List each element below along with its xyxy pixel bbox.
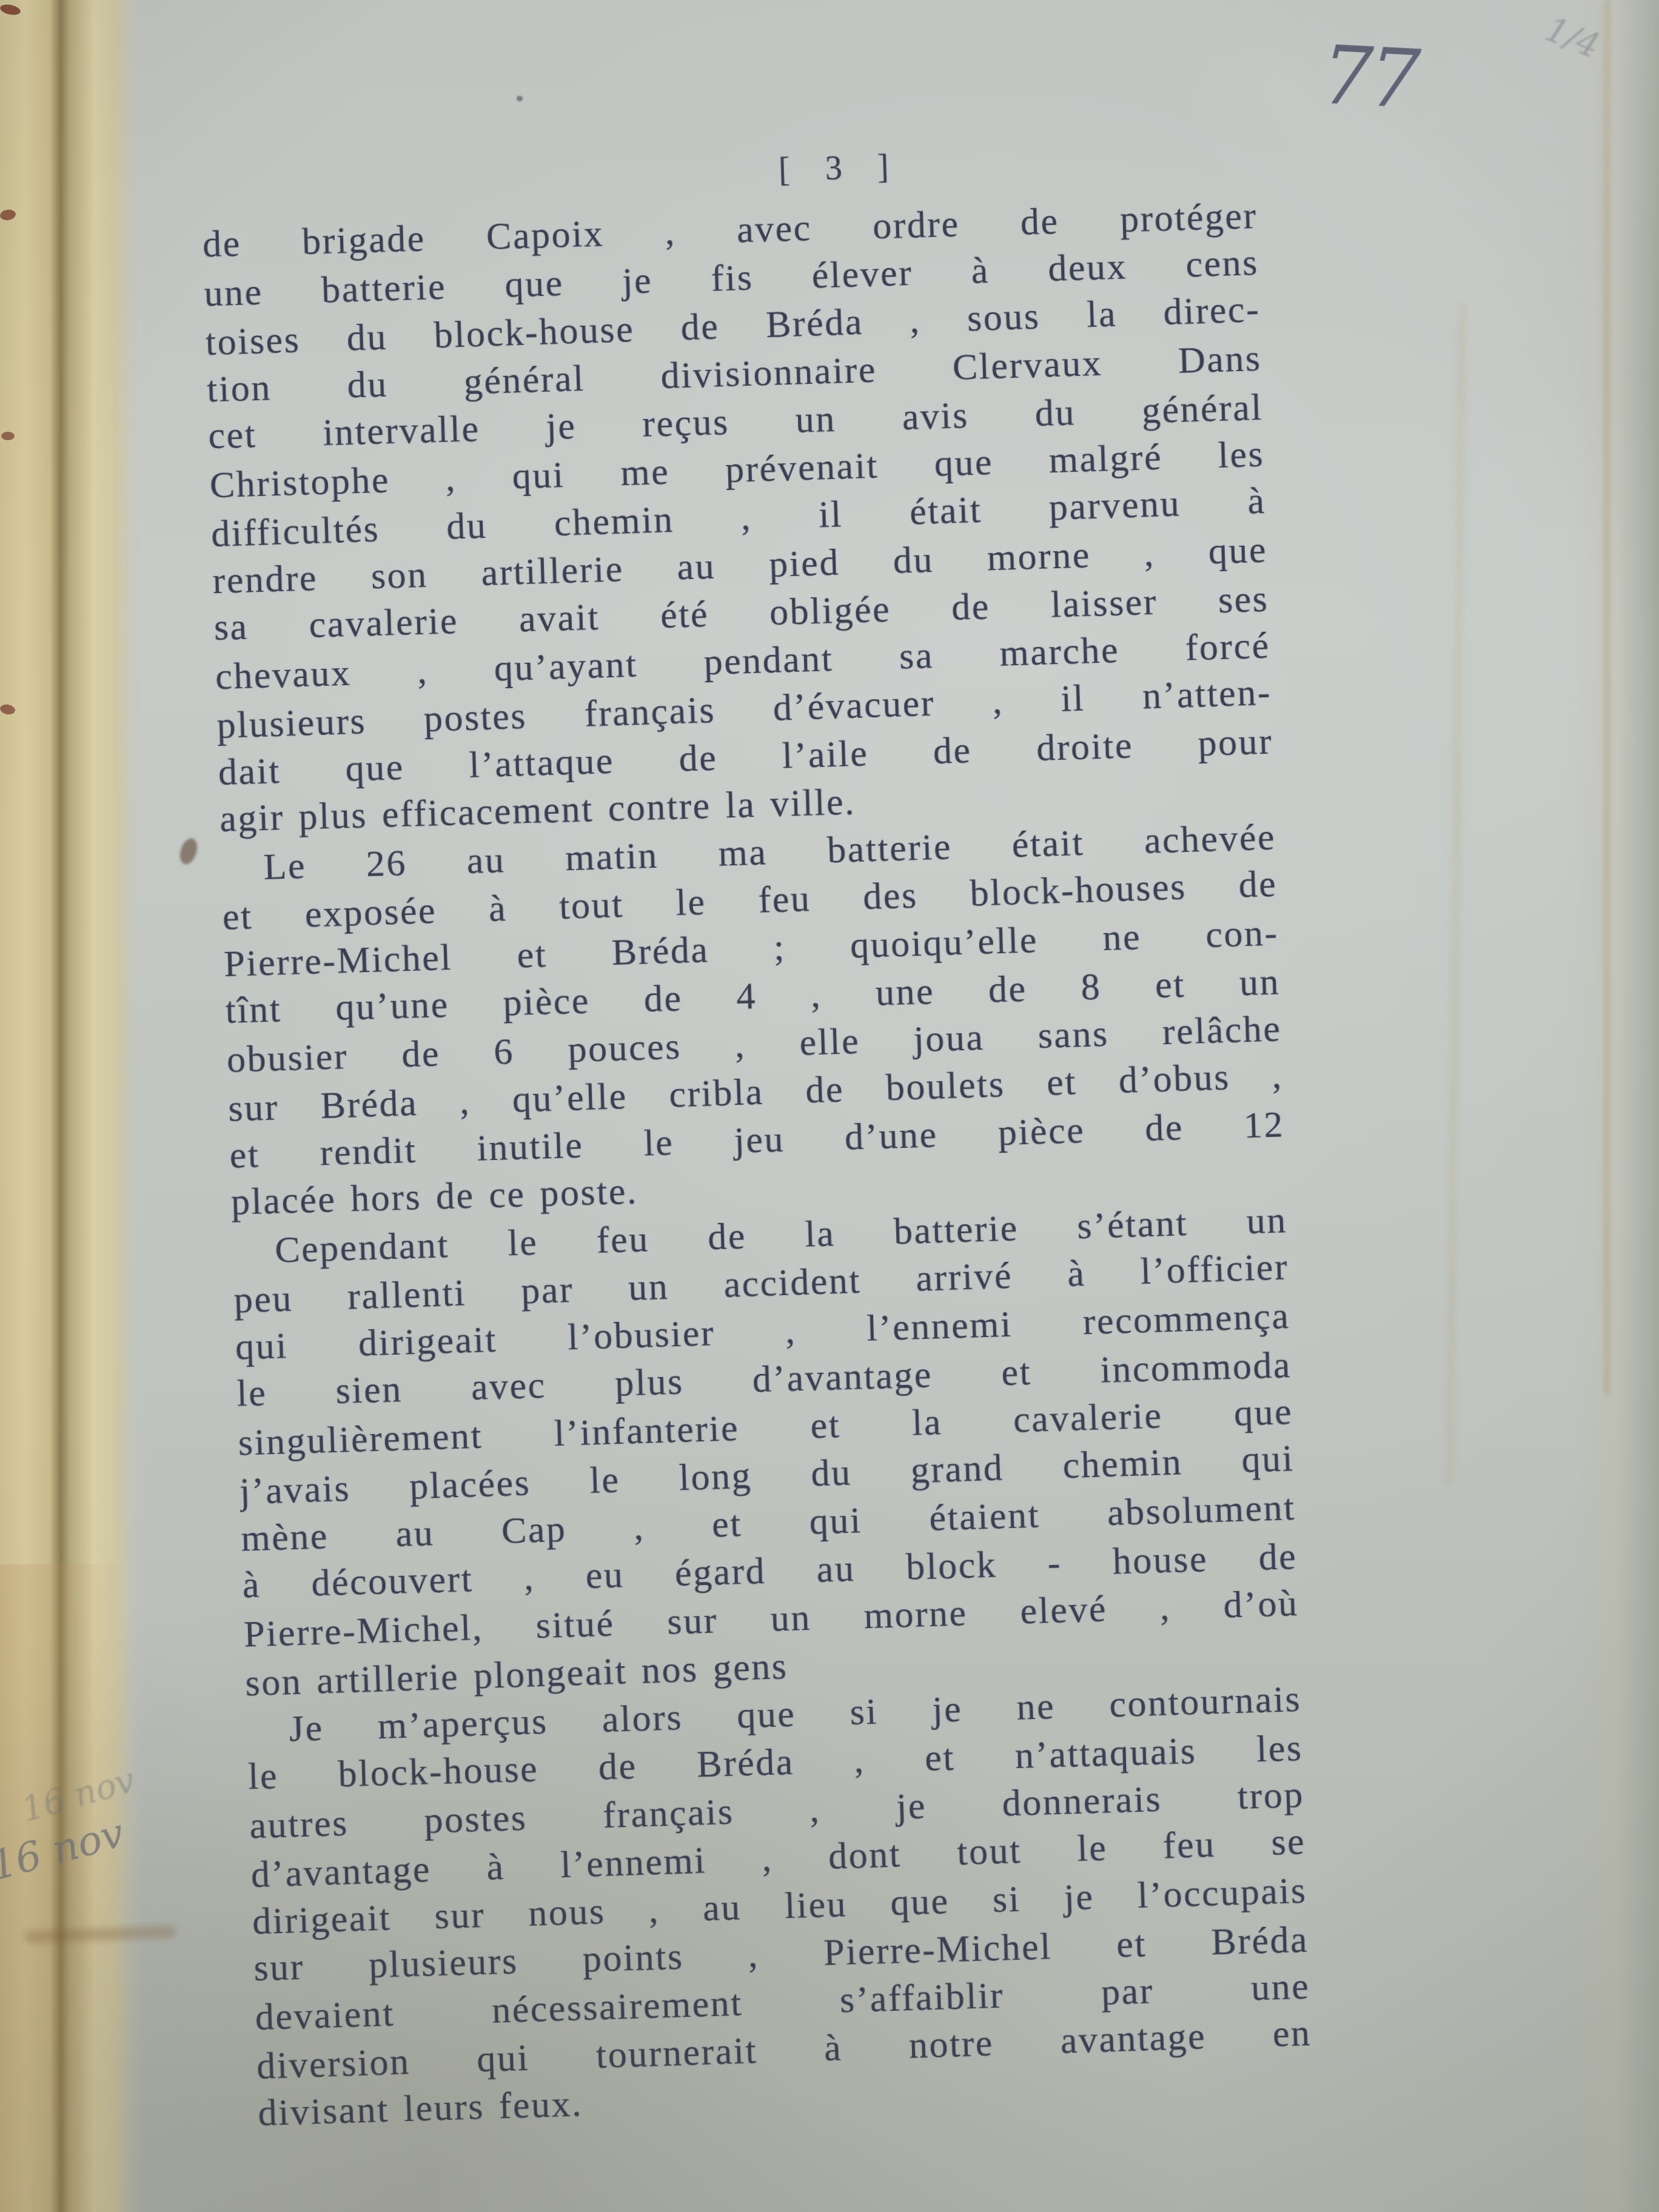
- vertical-stain-streak: [1446, 303, 1466, 1486]
- scanned-book-page: 77 1/4 16 nov 16 nov [ 3 ] de brigade Ca…: [0, 0, 1659, 2212]
- gutter-bottom-shading: [0, 1564, 182, 2212]
- handwritten-folio-number: 77: [1320, 35, 1419, 120]
- edge-speck: [1, 432, 15, 440]
- printed-page-content: [ 3 ] de brigade Capoix , avec ordre de …: [152, 136, 1313, 2139]
- right-crease-stain: [1604, 0, 1609, 1395]
- ink-speck: [517, 96, 523, 101]
- page-right-edge: [1568, 0, 1659, 2212]
- body-text: de brigade Capoix , avec ordre de protég…: [153, 191, 1313, 2139]
